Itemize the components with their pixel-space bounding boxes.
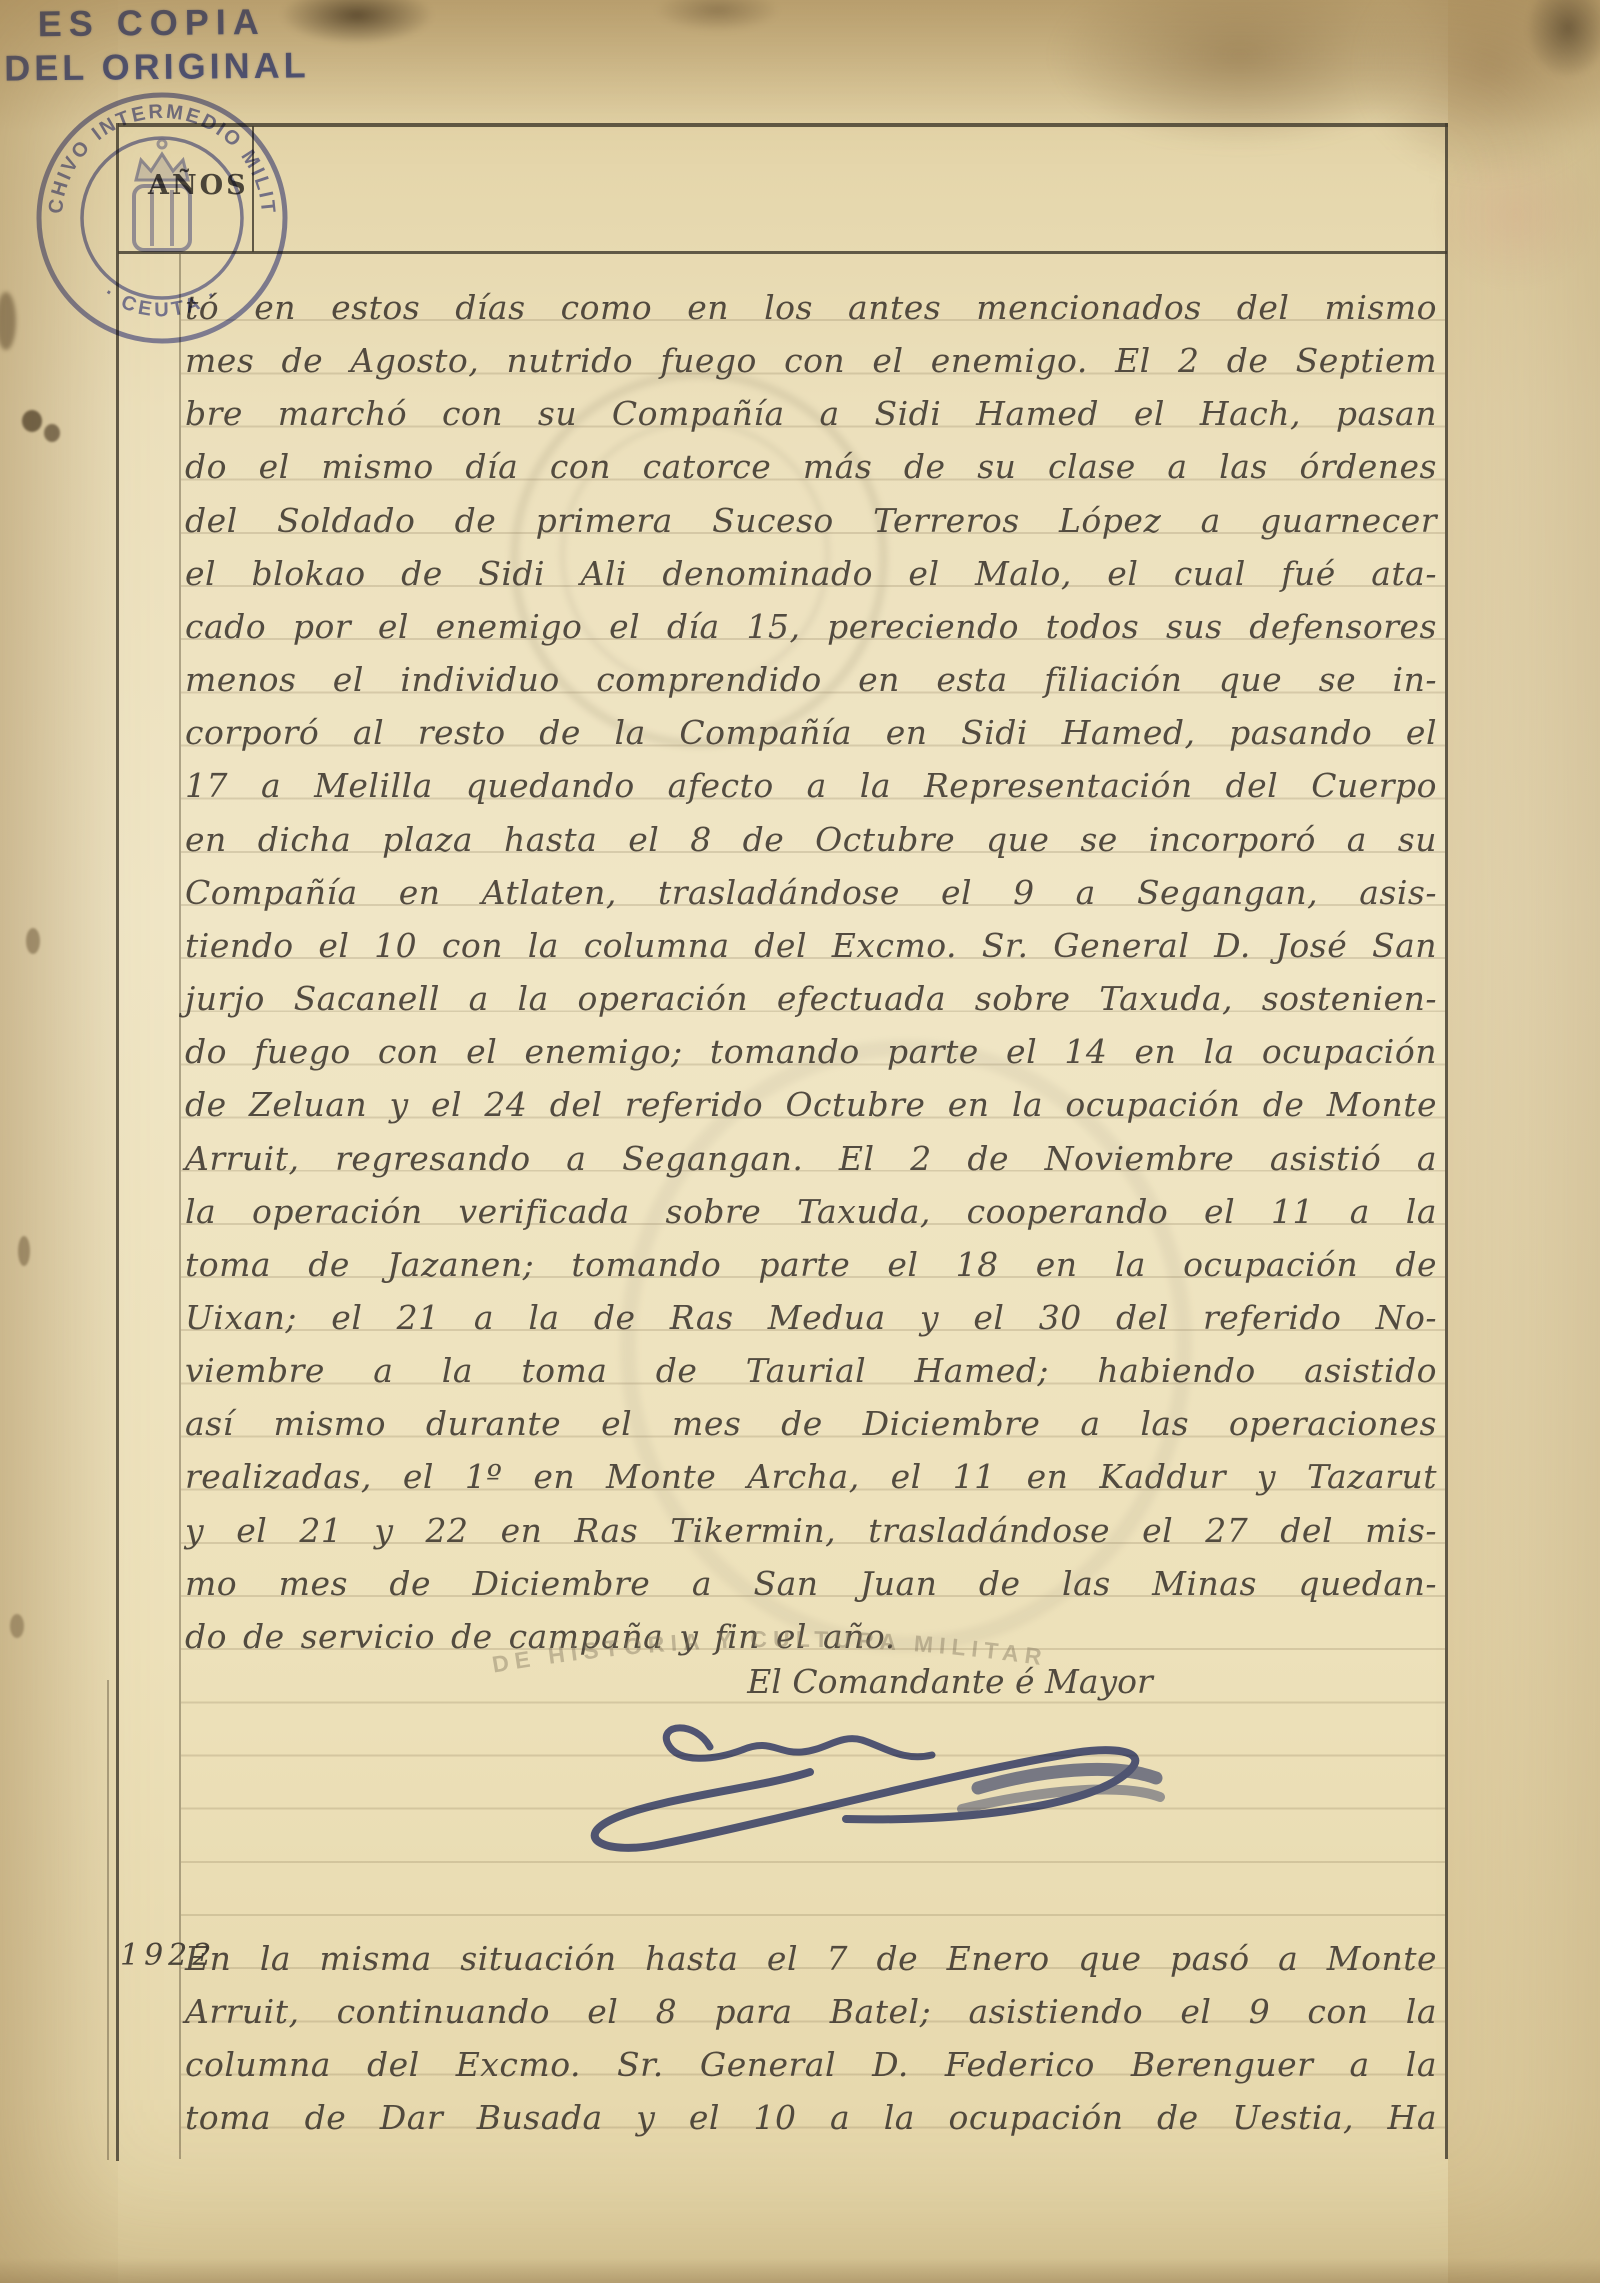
handwritten-line: cado por el enemigo el día 15, pereciend… [185, 600, 1437, 653]
handwritten-line: Arruit, continuando el 8 para Batel; asi… [185, 1985, 1437, 2038]
foxing-spot [44, 424, 60, 442]
handwritten-line: mes de Agosto, nutrido fuego con el enem… [185, 334, 1437, 387]
handwritten-line: toma de Jazanen; tomando parte el 18 en … [185, 1238, 1437, 1291]
handwritten-line: toma de Dar Busada y el 10 a la ocupació… [185, 2091, 1437, 2144]
handwritten-line: columna del Excmo. Sr. General D. Federi… [185, 2038, 1437, 2091]
paper-right-margin-shading [1448, 0, 1600, 2283]
copy-certification-stamp: ES COPIA DEL ORIGINAL [4, 0, 310, 89]
handwritten-line: tiendo el 10 con la columna del Excmo. S… [185, 919, 1437, 972]
handwritten-line: la operación verificada sobre Taxuda, co… [185, 1185, 1437, 1238]
table-border-right [1445, 123, 1448, 2159]
handwritten-line: así mismo durante el mes de Diciembre a … [185, 1397, 1437, 1450]
archive-arc-watermark-text: DE HISTORIA Y CULTURA MILITAR [490, 1626, 1049, 1678]
handwritten-line: viembre a la toma de Taurial Hamed; habi… [185, 1344, 1437, 1397]
handwritten-line: do fuego con el enemigo; tomando parte e… [185, 1025, 1437, 1078]
table-border-left-double [107, 1680, 109, 2160]
handwritten-line: corporó al resto de la Compañía en Sidi … [185, 706, 1437, 759]
handwritten-line: realizadas, el 1º en Monte Archa, el 11 … [185, 1450, 1437, 1503]
handwritten-line: Compañía en Atlaten, trasladándose el 9 … [185, 866, 1437, 919]
foxing-spot [10, 1614, 24, 1638]
handwritten-line: bre marchó con su Compañía a Sidi Hamed … [185, 387, 1437, 440]
copy-stamp-line1: ES COPIA [38, 0, 310, 45]
table-border-top [118, 123, 1448, 127]
round-stamp-bottom-arc-text: · CEUTA · [100, 282, 224, 321]
service-record-entry-1922: En la misma situación hasta el 7 de Ener… [185, 1932, 1437, 2145]
handwritten-line: y el 21 y 22 en Ras Tikermin, trasladánd… [185, 1504, 1437, 1557]
handwritten-line: 17 a Melilla quedando afecto a la Repres… [185, 759, 1437, 812]
handwritten-line: jurjo Sacanell a la operación efectuada … [185, 972, 1437, 1025]
table-header-rule [118, 251, 1447, 254]
handwritten-line: do el mismo día con catorce más de su cl… [185, 440, 1437, 493]
table-border-left [116, 123, 119, 2161]
handwritten-line: tó en estos días como en los antes menci… [185, 281, 1437, 334]
handwritten-line: En la misma situación hasta el 7 de Ener… [185, 1932, 1437, 1985]
svg-text:DE HISTORIA Y CULTURA MILITAR: DE HISTORIA Y CULTURA MILITAR [490, 1626, 1049, 1678]
handwritten-line: el blokao de Sidi Ali denominado el Malo… [185, 547, 1437, 600]
paper-stain [1430, 140, 1600, 290]
paper-bottom-shading [0, 2258, 1600, 2283]
round-archive-stamp: ARCHIVO INTERMEDIO MILITAR · CEUTA · [22, 78, 302, 358]
handwritten-line: menos el individuo comprendido en esta f… [185, 653, 1437, 706]
handwritten-line: Arruit, regresando a Segangan. El 2 de N… [185, 1132, 1437, 1185]
handwritten-line: del Soldado de primera Suceso Terreros L… [185, 494, 1437, 547]
handwritten-line: Uixan; el 21 a la de Ras Medua y el 30 d… [185, 1291, 1437, 1344]
archive-arc-watermark: DE HISTORIA Y CULTURA MILITAR [430, 1560, 1110, 1700]
handwritten-line: en dicha plaza hasta el 8 de Octubre que… [185, 813, 1437, 866]
foxing-spot [26, 928, 40, 954]
service-record-entry-1921: tó en estos días como en los antes menci… [185, 281, 1437, 1663]
svg-text:· CEUTA ·: · CEUTA · [100, 282, 224, 321]
foxing-spot [18, 1236, 30, 1266]
handwritten-line: de Zeluan y el 24 del referido Octubre e… [185, 1078, 1437, 1131]
signature-rubric [510, 1692, 1170, 1867]
foxing-spot [22, 410, 42, 432]
